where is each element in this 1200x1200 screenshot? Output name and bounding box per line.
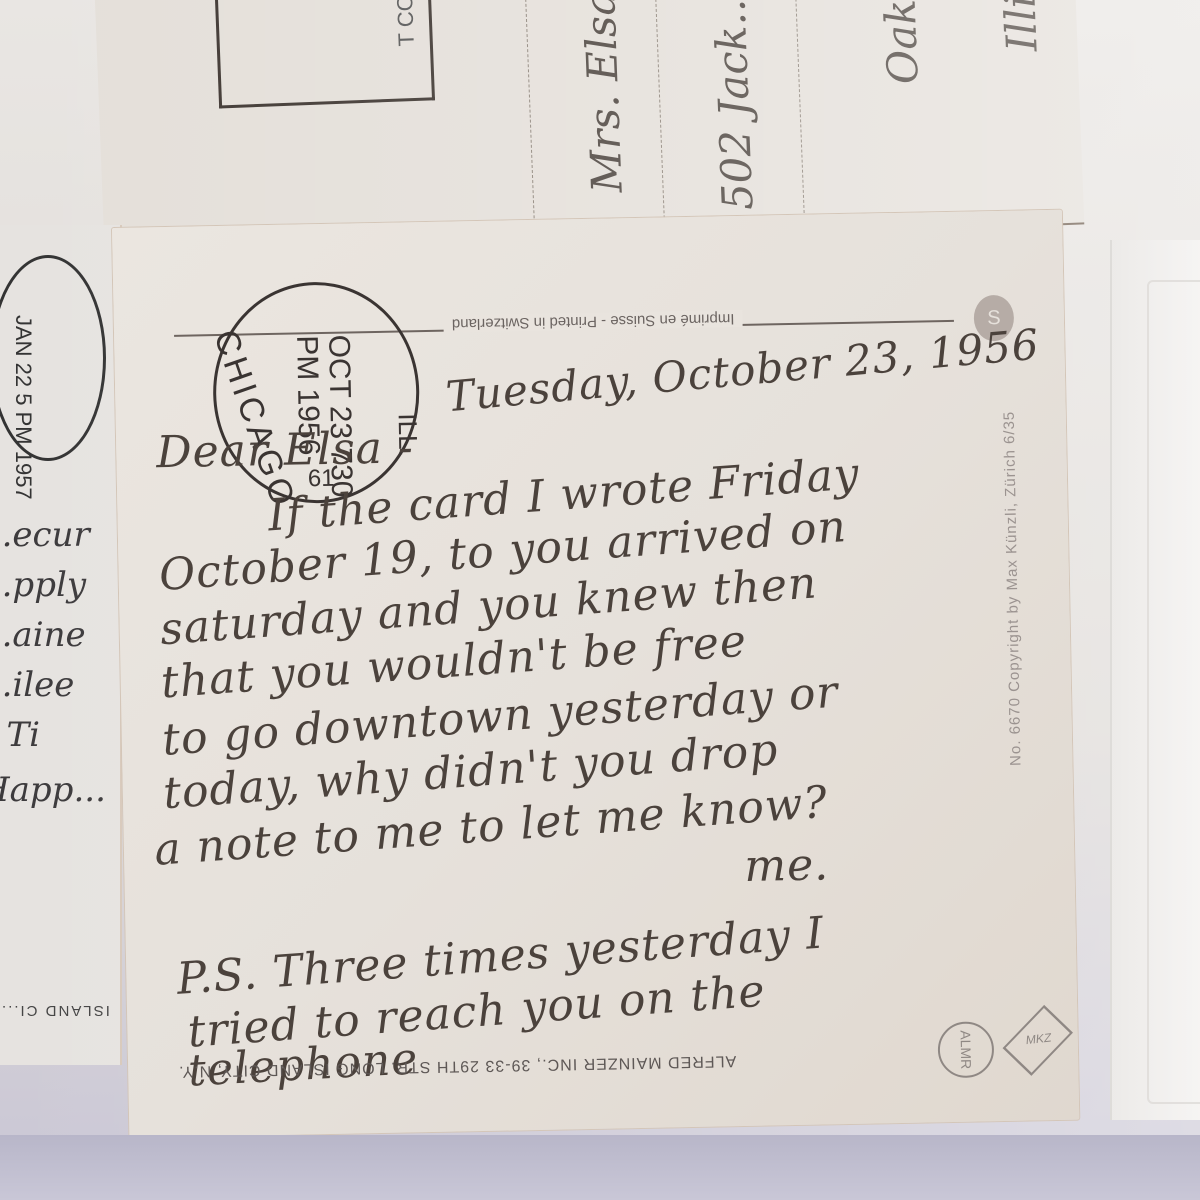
printed-origin-text: Imprimé en Suisse - Printed in Switzerla… — [444, 310, 743, 333]
postcard: Imprimé en Suisse - Printed in Switzerla… — [112, 210, 1079, 1138]
letter-salutation: Dear Elsa - — [156, 422, 414, 478]
postmark-city: CHICAGO — [205, 325, 303, 514]
letter-signature: me. — [744, 839, 830, 892]
album-page-bottom — [0, 1135, 1200, 1200]
publisher-round-logo-icon: ALMR — [937, 1021, 994, 1078]
mkz-diamond-logo-icon: MKZ — [1003, 1005, 1073, 1076]
mkz-logo-text: MKZ — [1017, 1013, 1060, 1066]
copyright-side-text: No. 6670 Copyright by Max Künzli, Zürich… — [1001, 411, 1025, 766]
letter-date: Tuesday, October 23, 1956 — [444, 320, 1042, 422]
